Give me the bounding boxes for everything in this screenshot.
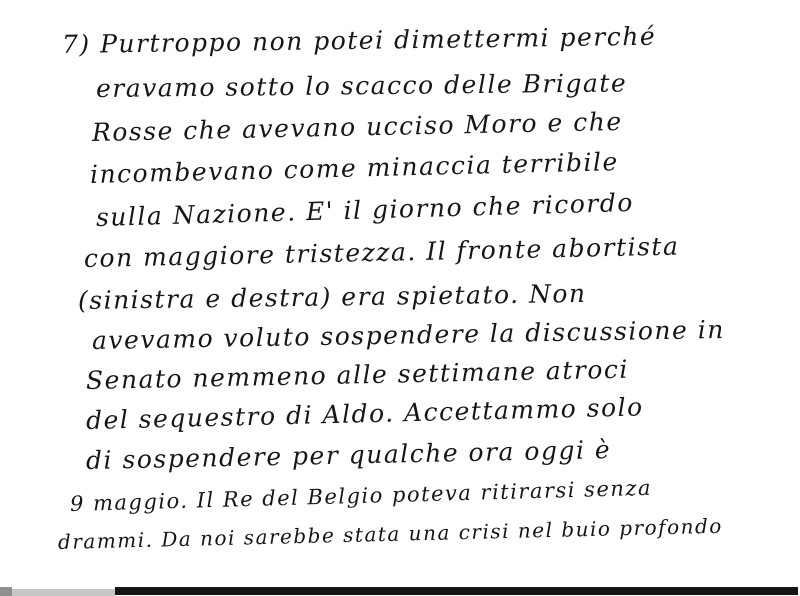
handwritten-line-8: avevamo voluto sospendere la discussione… (92, 315, 725, 355)
scan-corner-artifact (0, 587, 12, 596)
handwritten-line-6: con maggiore tristezza. Il fronte aborti… (84, 232, 680, 273)
handwritten-line-5: sulla Nazione. E' il giorno che ricordo (96, 188, 635, 232)
handwritten-line-10: del sequestro di Aldo. Accettammo solo (86, 392, 644, 435)
handwritten-line-12: 9 maggio. Il Re del Belgio poteva ritira… (70, 476, 653, 516)
scan-black-bar-artifact (115, 587, 798, 595)
handwritten-line-3: Rosse che avevano ucciso Moro e che (92, 107, 623, 147)
scanned-handwritten-page: 7) Purtroppo non potei dimettermi perché… (0, 0, 800, 596)
handwritten-line-4: incombevano come minaccia terribile (90, 147, 619, 189)
scan-gray-bar-artifact (12, 589, 115, 596)
handwritten-line-13: drammi. Da noi sarebbe stata una crisi n… (58, 514, 723, 554)
handwritten-line-11: di sospendere per qualche ora oggi è (86, 435, 612, 475)
handwritten-line-7: (sinistra e destra) era spietato. Non (78, 279, 587, 315)
handwritten-line-2: eravamo sotto lo scacco delle Brigate (96, 68, 627, 103)
handwritten-line-9: Senato nemmeno alle settimane atroci (86, 355, 629, 395)
handwritten-line-1: 7) Purtroppo non potei dimettermi perché (62, 22, 657, 59)
